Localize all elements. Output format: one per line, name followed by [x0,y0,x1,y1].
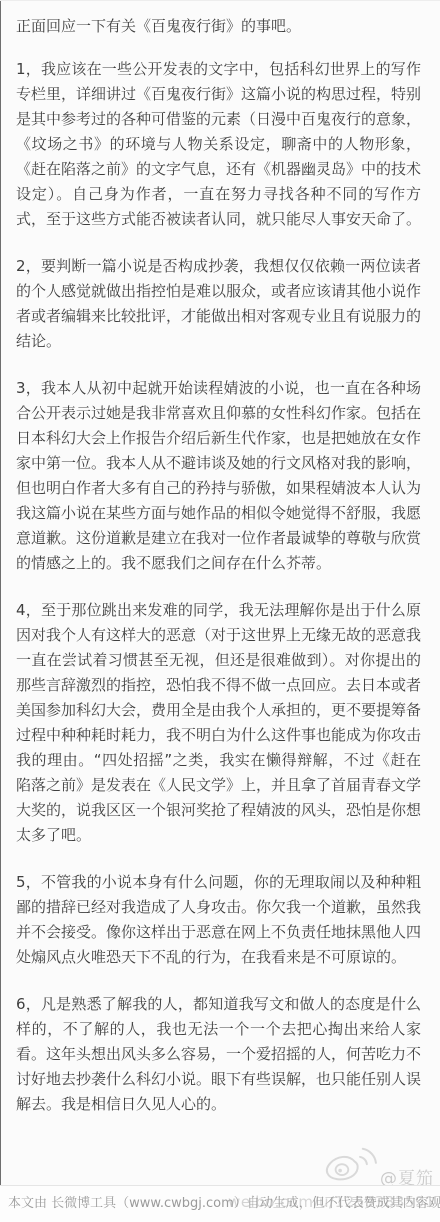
footer-disclaimer: 本文由 长微博工具（www.cwbgj.com）自动生成，但不代表赞成其内容观点 [8,1186,440,1222]
body-paragraph-6: 6，凡是熟悉了解我的人，都知道我写文和做人的态度是什么样的，不了解的人，我也无法… [16,992,421,1117]
body-paragraph-2: 2，要判断一篇小说是否构成抄袭，我想仅仅依赖一两位读者的个人感觉就做出指控怕是难… [16,254,421,354]
article-body: 正面回应一下有关《百鬼夜行街》的事吧。 1，我应该在一些公开发表的文字中，包括科… [0,1,440,1139]
page-title: 正面回应一下有关《百鬼夜行街》的事吧。 [16,14,421,39]
long-weibo-text-image: { "page": { "title": "正面回应一下有关《百鬼夜行街》的事吧… [0,0,440,1222]
body-paragraph-1: 1，我应该在一些公开发表的文字中，包括科幻世界上的写作专栏里，详细讲过《百鬼夜行… [16,57,421,232]
body-paragraph-3: 3，我本人从初中起就开始读程婧波的小说，也一直在各种场合公开表示过她是我非常喜欢… [16,376,421,576]
body-paragraph-5: 5，不管我的小说本身有什么问题，你的无理取闹以及种种粗鄙的措辞已经对我造成了人身… [16,870,421,970]
body-paragraph-4: 4，至于那位跳出来发难的同学，我无法理解你是出于什么原因对我个人有这样大的恶意（… [16,598,421,848]
footer-bar: weibo.com/u/1259383591 本文由 长微博工具（www.cwb… [0,1185,440,1222]
